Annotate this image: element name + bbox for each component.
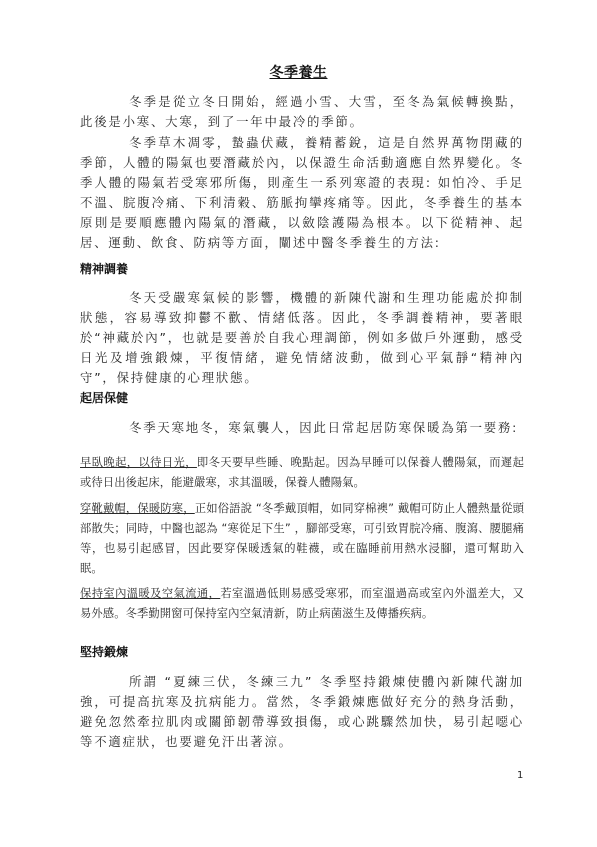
document-title: 冬季養生 [0, 62, 597, 82]
intro-paragraph-1: 冬季是從立冬日開始，經過小雪、大雪，至冬為氣候轉換點，此後是小寒、大寒，到了一年… [80, 92, 524, 132]
living-tip-1-lead: 早臥晚起，以待日光， [80, 456, 197, 469]
living-tip-2: 穿靴戴帽，保暖防寒，正如俗語說 “冬季戴頂帽，如同穿棉襖” 戴帽可防止人體熱量從… [80, 499, 524, 579]
section-body-exercise: 所謂 “夏練三伏，冬練三九” 冬季堅持鍛煉使體內新陳代謝加強，可提高抗寒及抗病能… [80, 672, 524, 752]
page-number: 1 [517, 770, 523, 781]
living-tip-2-lead: 穿靴戴帽，保暖防寒， [80, 502, 195, 515]
section-heading-mental: 精神調養 [80, 260, 128, 277]
section-heading-daily-living: 起居保健 [80, 389, 128, 406]
living-tip-1: 早臥晚起，以待日光，即冬天要早些睡、晚點起。因為早睡可以保養人體陽氣，而遲起或待… [80, 453, 524, 493]
document-page: 冬季養生 冬季是從立冬日開始，經過小雪、大雪，至冬為氣候轉換點，此後是小寒、大寒… [0, 0, 597, 847]
intro-paragraph-2: 冬季草木凋零，蟄蟲伏藏，養精蓄銳，這是自然界萬物閉藏的季節，人體的陽氣也要潛藏於… [80, 133, 524, 253]
living-tip-3-lead: 保持室內溫暖及空氣流通， [80, 587, 220, 600]
living-tip-3: 保持室內溫暖及空氣流通，若室溫過低則易感受寒邪，而室溫過高或室內外溫差大，又易外… [80, 584, 524, 624]
section-body-mental: 冬天受嚴寒氣候的影響，機體的新陳代謝和生理功能處於抑制狀態，容易導致抑鬱不歡、情… [80, 288, 524, 388]
section-heading-exercise: 堅持鍛煉 [80, 643, 128, 660]
section-body-daily-living: 冬季天寒地冬，寒氣襲人，因此日常起居防寒保暖為第一要務: [80, 418, 524, 438]
